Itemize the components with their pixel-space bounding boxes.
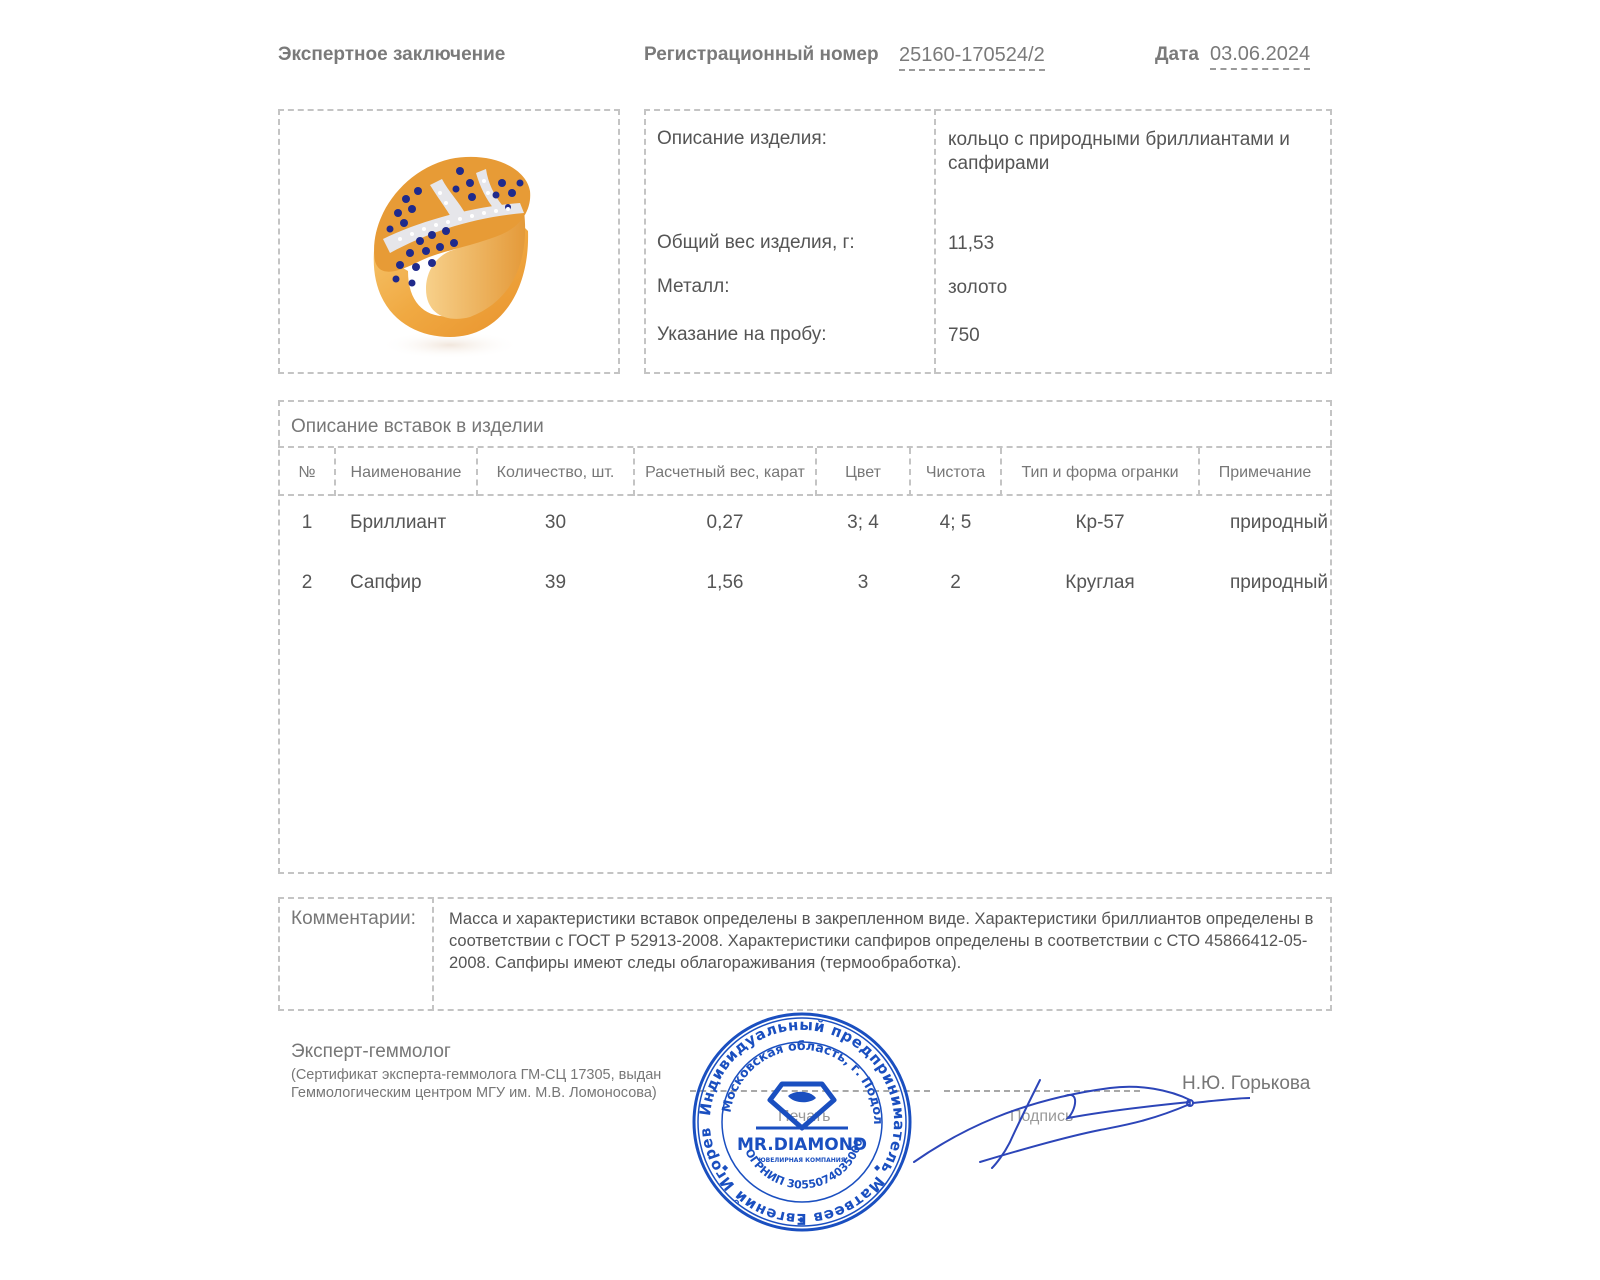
svg-text:ЮВЕЛИРНАЯ КОМПАНИЯ: ЮВЕЛИРНАЯ КОМПАНИЯ (759, 1157, 846, 1164)
cell-weight: 0,27 (635, 512, 815, 534)
registration-number-value: 25160-170524/2 (899, 44, 1045, 71)
column-header-note: Примечание (1200, 464, 1330, 482)
comments-label: Комментарии: (291, 908, 416, 930)
product-photo-frame (278, 109, 620, 374)
metal-label: Металл: (657, 276, 729, 298)
description-label: Описание изделия: (657, 128, 827, 150)
cell-quantity: 30 (478, 512, 633, 534)
cell-number: 2 (280, 572, 334, 594)
comments-text: Масса и характеристики вставок определен… (449, 908, 1329, 974)
column-header-weight: Расчетный вес, карат (635, 464, 815, 482)
total-weight-value: 11,53 (948, 232, 1328, 256)
cell-name: Сапфир (350, 572, 422, 594)
total-weight-label: Общий вес изделия, г: (657, 232, 855, 254)
inserts-title: Описание вставок в изделии (291, 416, 544, 438)
cell-weight: 1,56 (635, 572, 815, 594)
ring-image (280, 111, 618, 372)
cell-clarity: 4; 5 (911, 512, 1000, 534)
comments-divider (432, 897, 434, 1011)
cell-cut: Кр-57 (1002, 512, 1198, 534)
table-header-top-border (278, 446, 1332, 448)
info-column-divider (934, 109, 936, 374)
description-value: кольцо с природными бриллиантами и сапфи… (948, 128, 1328, 176)
cell-clarity: 2 (911, 572, 1000, 594)
metal-value: золото (948, 276, 1328, 300)
cell-color: 3; 4 (817, 512, 909, 534)
column-header-color: Цвет (817, 464, 909, 482)
svg-text:MR.DIAMOND: MR.DIAMOND (737, 1135, 867, 1155)
column-header-clarity: Чистота (911, 464, 1000, 482)
expert-certificate: (Сертификат эксперта-геммолога ГМ-СЦ 173… (291, 1066, 671, 1102)
cell-note: природный (1200, 572, 1328, 594)
cell-name: Бриллиант (350, 512, 446, 534)
column-header-name: Наименование (336, 464, 476, 482)
date-label: Дата (1155, 44, 1199, 66)
svg-text:◆: ◆ (874, 1163, 881, 1172)
hallmark-label: Указание на пробу: (657, 324, 827, 346)
cell-number: 1 (280, 512, 334, 534)
document-title: Экспертное заключение (278, 44, 505, 66)
column-header-number: № (280, 464, 334, 482)
registration-number-label: Регистрационный номер (644, 44, 879, 66)
svg-text:◆: ◆ (722, 1163, 729, 1172)
column-header-quantity: Количество, шт. (478, 464, 633, 482)
cell-quantity: 39 (478, 572, 633, 594)
handwritten-signature (900, 1070, 1250, 1170)
cell-color: 3 (817, 572, 909, 594)
hallmark-value: 750 (948, 324, 1328, 348)
expert-title: Эксперт-геммолог (291, 1041, 451, 1063)
date-value: 03.06.2024 (1210, 43, 1310, 70)
cell-note: природный (1200, 512, 1328, 534)
column-header-cut: Тип и форма огранки (1002, 464, 1198, 482)
cell-cut: Круглая (1002, 572, 1198, 594)
svg-text:◆: ◆ (798, 1215, 805, 1224)
table-header-bottom-border (278, 494, 1332, 496)
company-stamp: Индивидуальный предприниматель Матвеев Е… (690, 1010, 914, 1234)
